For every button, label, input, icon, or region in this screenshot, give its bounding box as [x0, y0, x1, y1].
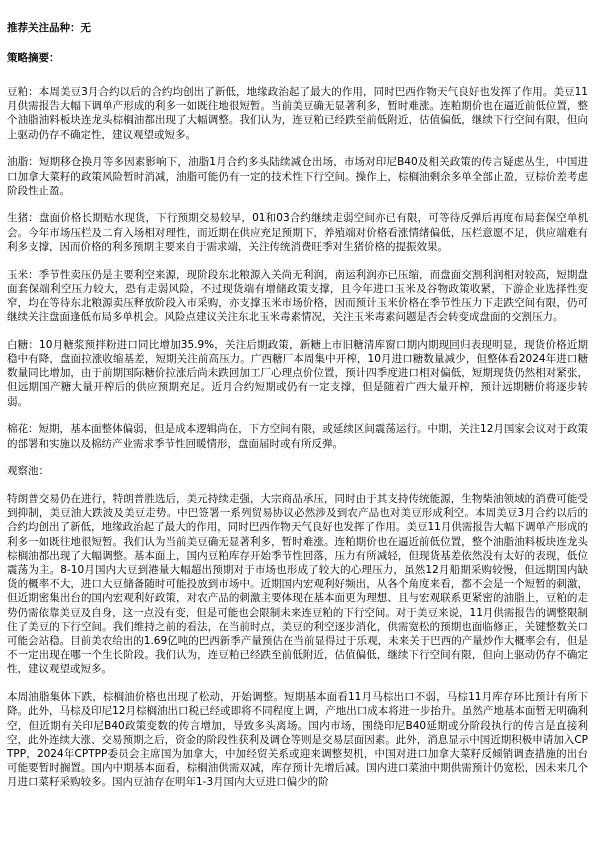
para-hogs: 生猪：盘面价格长期贴水现货，下行预期交易较早，01和03合约继续走弱空间亦已有限…	[7, 211, 588, 254]
para-oils: 油脂：短期移仓换月等多因素影响下，油脂1月合约多头陆续减仓出场，市场对印尼B40…	[7, 155, 588, 198]
document-page: 推荐关注品种：无 策略摘要： 豆粕：本周美豆3月合约以后的合约均创出了新低，地缘…	[0, 0, 595, 842]
recommended-varieties-heading: 推荐关注品种：无	[7, 21, 588, 35]
para-watchlist-oils: 本周油脂集体下跌，棕榈油价格也出现了松动，开始调整。短期基本面看11月马棕出口不…	[7, 690, 588, 789]
para-soybean-meal: 豆粕：本周美豆3月合约以后的合约均创出了新低，地缘政治起了最大的作用，同时巴西作…	[7, 85, 588, 142]
watchlist-heading: 观察池：	[7, 464, 588, 478]
para-sugar: 白糖：10月糖浆预拌粉进口同比增加35.9%，关注后期政策，新糖上市旧糖清库窗口…	[7, 338, 588, 409]
para-corn: 玉米：季节性卖压仍是主要利空来源，现阶段东北粮源入关尚无利润，南运利润亦已压缩，…	[7, 268, 588, 325]
para-watchlist-soybean-complex: 特朗普交易仍在进行，特朗普胜选后，美元持续走强，大宗商品承压，同时由于其支持传统…	[7, 492, 588, 677]
para-cotton: 棉花：短期，基本面整体偏弱，但是成本逻辑尚在，下方空间有限，或延续区间震荡运行。…	[7, 422, 588, 450]
strategy-summary-heading: 策略摘要：	[7, 51, 588, 65]
